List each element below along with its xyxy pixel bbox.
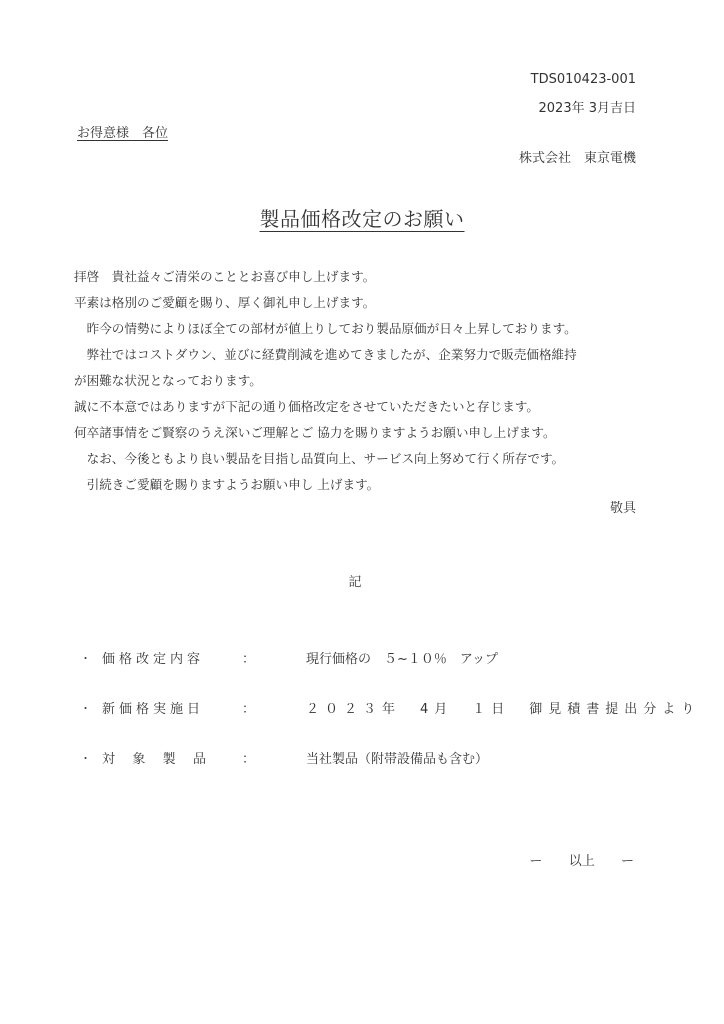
bullet-icon: ・ xyxy=(80,750,102,766)
item-label-char: 対 xyxy=(102,748,115,767)
letter-body: 拝啓 貴社益々ご清栄のこととお喜び申し上げます。 平素は格別のご愛顧を賜り、厚く… xyxy=(74,264,577,498)
body-line: 誠に不本意ではありますが下記の通り価格改定をさせていただきたいと存じます。 xyxy=(74,394,577,420)
body-line: 拝啓 貴社益々ご清栄のこととお喜び申し上げます。 xyxy=(74,264,577,290)
body-line: が困難な状況となっております。 xyxy=(74,368,577,394)
item-label-char: 製 xyxy=(163,748,176,767)
item-value: 当社製品（附帯設備品も含む） xyxy=(286,748,488,767)
document-title: 製品価格改定のお願い xyxy=(0,203,724,232)
end-text: 以上 xyxy=(569,850,595,869)
body-line: 弊社ではコストダウン、並びに経費削減を進めてきましたが、企業努力で販売価格維持 xyxy=(74,342,577,368)
item-label: 価格改定内容 xyxy=(102,648,218,667)
body-line: 引続きご愛顧を賜りますようお願い申し 上げます。 xyxy=(74,472,577,498)
item-value: ２０２３年 4月 １日 御見積書提出分より xyxy=(286,698,700,717)
body-line: 何卒諸事情をご賢察のうえ深いご理解とご 協力を賜りますようお願い申し上げます。 xyxy=(74,420,577,446)
document-date: 2023年 3月吉日 xyxy=(539,97,637,116)
item-label: 対 象 製 品 xyxy=(102,748,206,767)
item-label: 新価格実施日 xyxy=(102,698,218,717)
closing-keigu: 敬具 xyxy=(610,497,636,516)
end-marker: ー 以上 ー xyxy=(529,850,634,869)
dash-right: ー xyxy=(621,850,634,869)
item-price-revision: ・ 価格改定内容 ： 現行価格の ５~１０％ アップ xyxy=(80,648,498,667)
bullet-icon: ・ xyxy=(80,650,102,666)
sender-company: 株式会社 東京電機 xyxy=(519,147,636,166)
item-colon: ： xyxy=(218,748,286,767)
notes-heading: 記 xyxy=(0,571,724,590)
item-effective-date: ・ 新価格実施日 ： ２０２３年 4月 １日 御見積書提出分より xyxy=(80,698,700,717)
body-line: なお、今後ともより良い製品を目指し品質向上、サービス向上努めて行く所存です。 xyxy=(74,446,577,472)
item-colon: ： xyxy=(218,698,286,717)
item-colon: ： xyxy=(218,648,286,667)
dash-left: ー xyxy=(529,850,542,869)
document-number: TDS010423-001 xyxy=(531,72,636,87)
bullet-icon: ・ xyxy=(80,700,102,716)
body-line: 平素は格別のご愛顧を賜り、厚く御礼申し上げます。 xyxy=(74,290,577,316)
item-target-products: ・ 対 象 製 品 ： 当社製品（附帯設備品も含む） xyxy=(80,748,488,767)
item-label-char: 象 xyxy=(132,748,145,767)
body-line: 昨今の情勢によりほぼ全ての部材が値上りしており製品原価が日々上昇しております。 xyxy=(74,316,577,342)
item-value: 現行価格の ５~１０％ アップ xyxy=(286,648,498,667)
item-label-char: 品 xyxy=(193,748,206,767)
recipient: お得意様 各位 xyxy=(77,122,168,141)
